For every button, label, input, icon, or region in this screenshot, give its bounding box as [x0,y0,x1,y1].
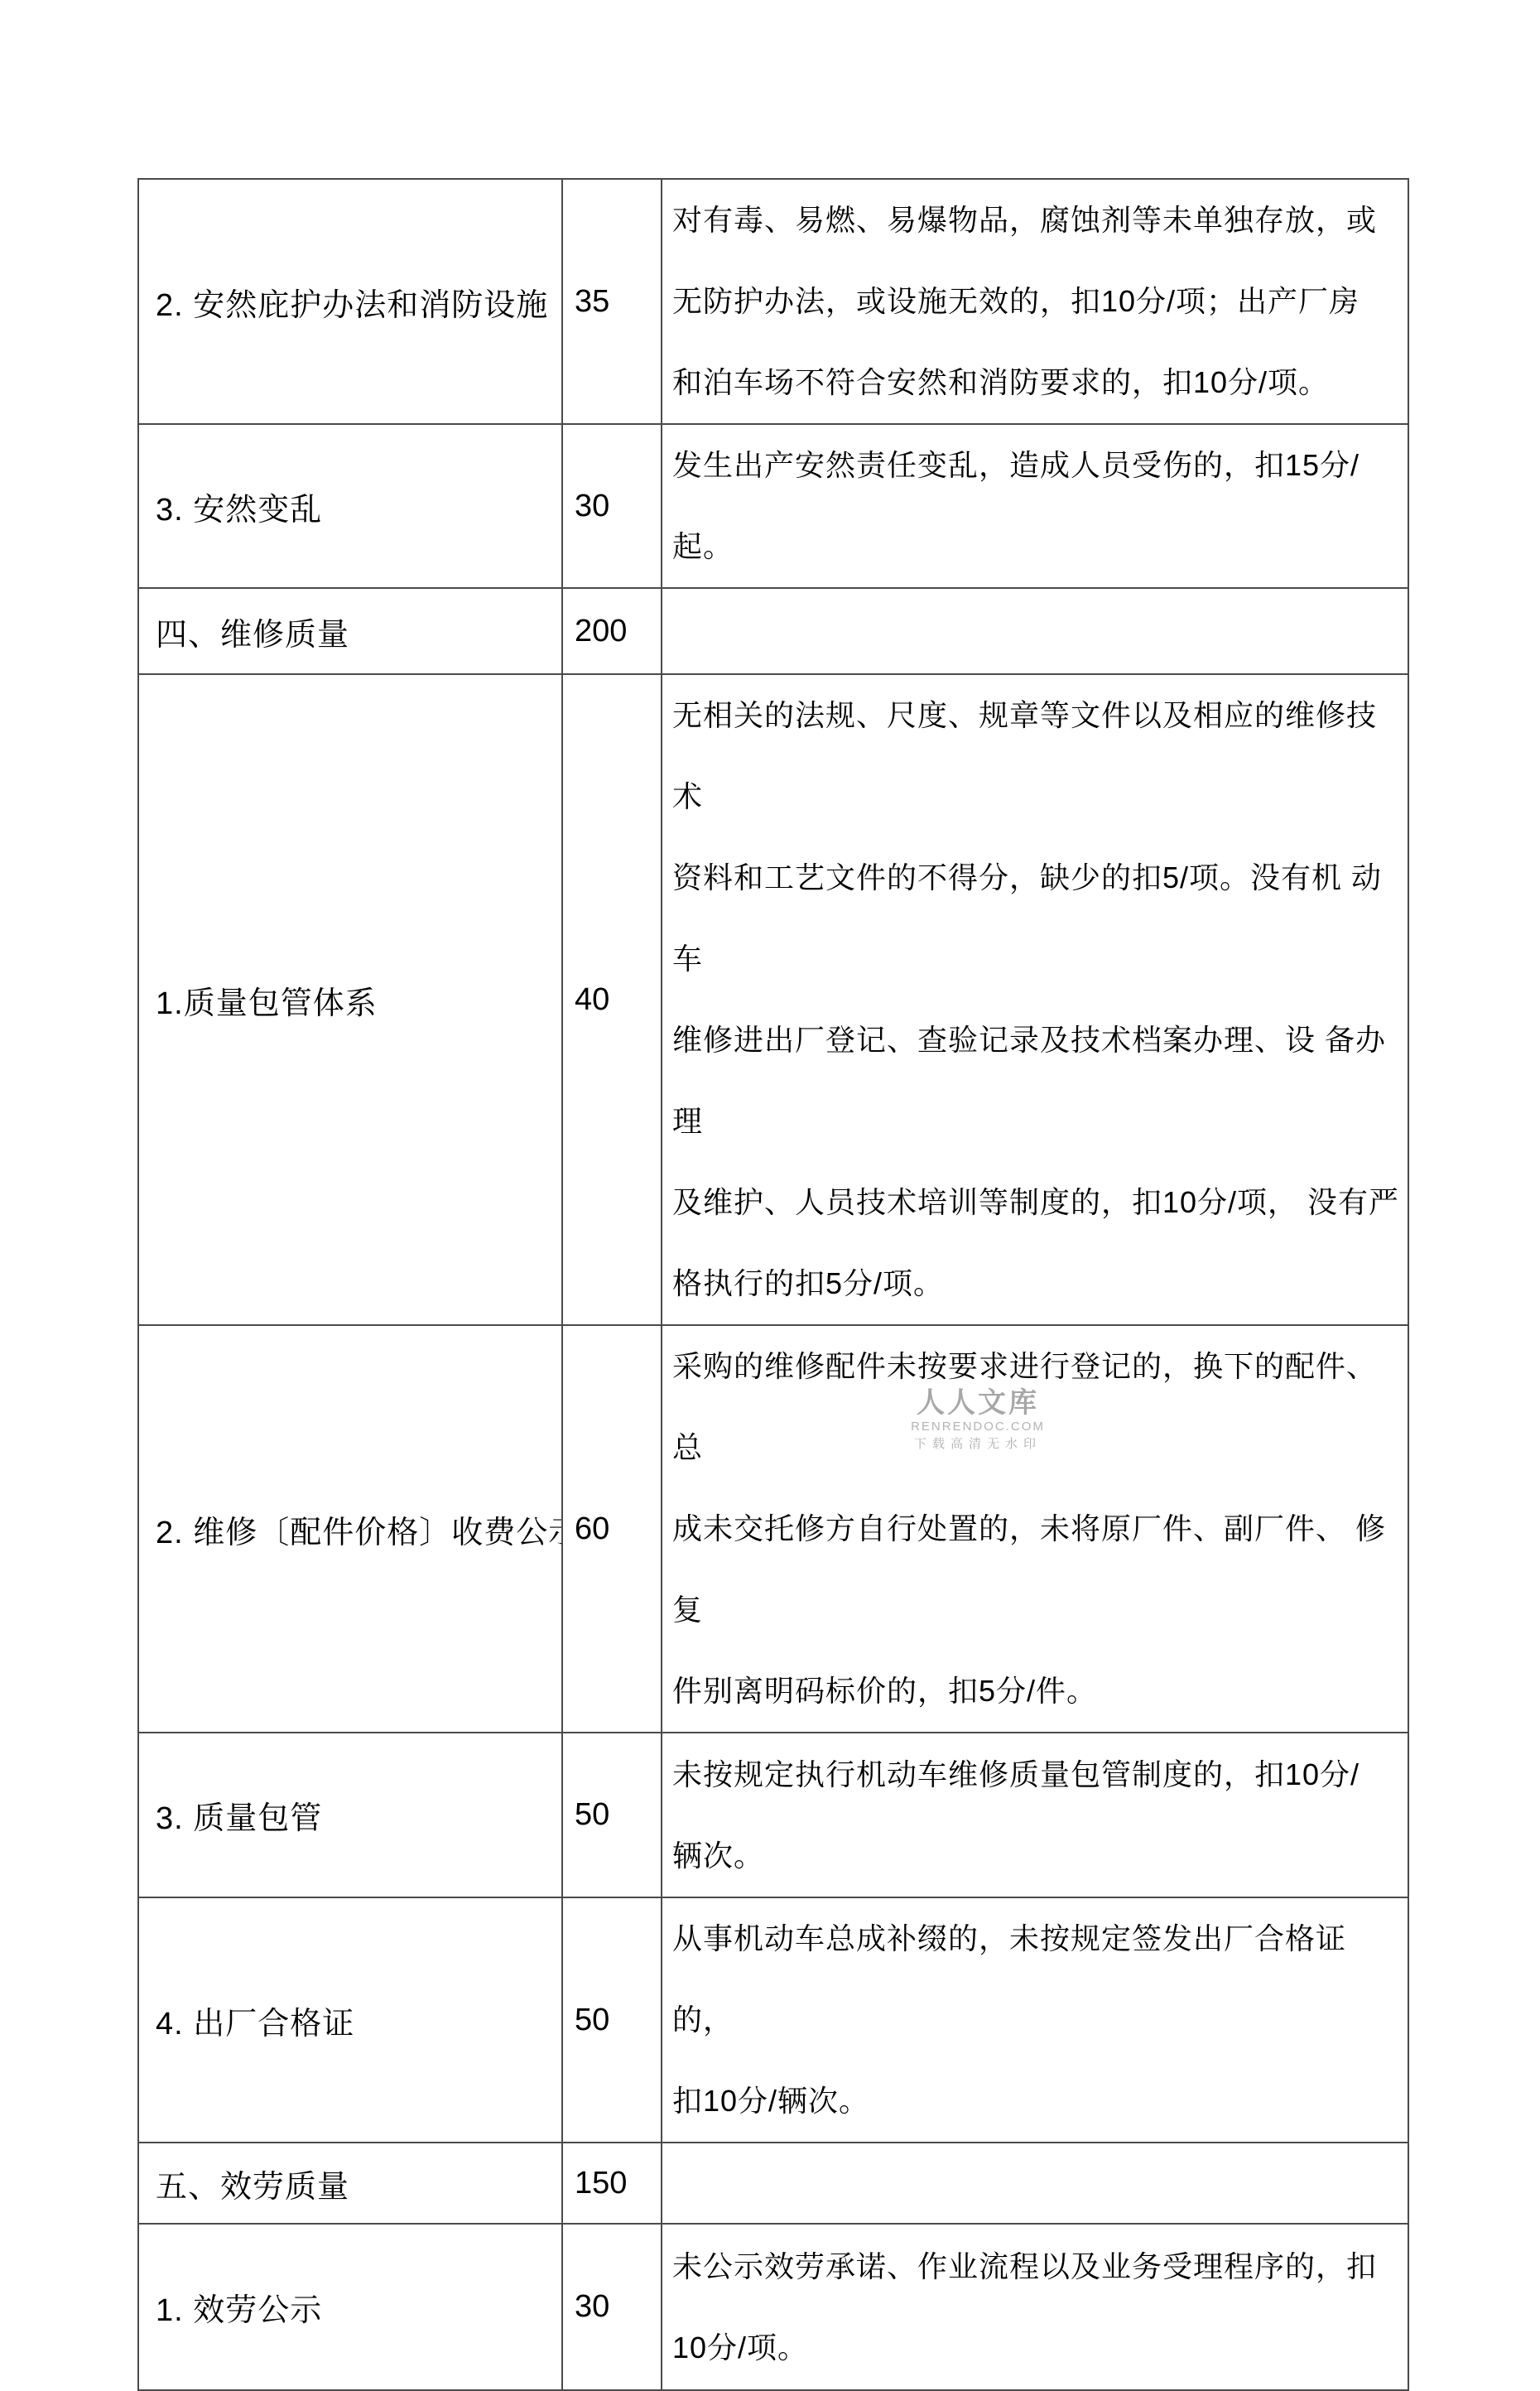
scoring-table: 2. 安然庇护办法和消防设施 35 对有毒、易燃、易爆物品，腐蚀剂等未单独存放，… [137,178,1409,2391]
item-cell: 4. 出厂合格证 [138,1897,562,2143]
table-row: 2. 安然庇护办法和消防设施 35 对有毒、易燃、易爆物品，腐蚀剂等未单独存放，… [138,179,1408,424]
criteria-cell: 采购的维修配件未按要求进行登记的，换下的配件、 总 成未交托修方自行处置的，未将… [662,1325,1408,1733]
score-cell: 40 [562,674,662,1325]
item-cell: 1.质量包管体系 [138,674,562,1325]
score-cell: 150 [562,2143,662,2224]
item-cell: 2. 维修〔配件价格〕收费公示 [138,1325,562,1733]
table-row: 4. 出厂合格证 50 从事机动车总成补缀的，未按规定签发出厂合格证的， 扣10… [138,1897,1408,2143]
document-page: 2. 安然庇护办法和消防设施 35 对有毒、易燃、易爆物品，腐蚀剂等未单独存放，… [0,0,1540,2179]
score-cell: 30 [562,424,662,588]
criteria-cell [662,588,1408,674]
item-cell: 五、效劳质量 [138,2143,562,2224]
score-cell: 35 [562,179,662,424]
criteria-cell: 发生出产安然责任变乱，造成人员受伤的，扣15分/ 起。 [662,424,1408,588]
item-cell: 3. 质量包管 [138,1733,562,1897]
score-cell: 200 [562,588,662,674]
item-cell: 3. 安然变乱 [138,424,562,588]
item-cell: 1. 效劳公示 [138,2224,562,2390]
item-cell: 四、维修质量 [138,588,562,674]
criteria-cell: 对有毒、易燃、易爆物品，腐蚀剂等未单独存放，或 无防护办法，或设施无效的，扣10… [662,179,1408,424]
criteria-cell: 无相关的法规、尺度、规章等文件以及相应的维修技 术 资料和工艺文件的不得分，缺少… [662,674,1408,1325]
score-cell: 50 [562,1733,662,1897]
item-cell: 2. 安然庇护办法和消防设施 [138,179,562,424]
table-row: 五、效劳质量 150 [138,2143,1408,2224]
criteria-cell: 未按规定执行机动车维修质量包管制度的，扣10分/ 辆次。 [662,1733,1408,1897]
criteria-cell [662,2143,1408,2224]
score-cell: 50 [562,1897,662,2143]
table-row: 四、维修质量 200 [138,588,1408,674]
table-row: 1. 效劳公示 30 未公示效劳承诺、作业流程以及业务受理程序的，扣 10分/项… [138,2224,1408,2390]
table-row: 3. 安然变乱 30 发生出产安然责任变乱，造成人员受伤的，扣15分/ 起。 [138,424,1408,588]
table-row: 2. 维修〔配件价格〕收费公示 60 采购的维修配件未按要求进行登记的，换下的配… [138,1325,1408,1733]
criteria-cell: 未公示效劳承诺、作业流程以及业务受理程序的，扣 10分/项。 [662,2224,1408,2390]
table-row: 1.质量包管体系 40 无相关的法规、尺度、规章等文件以及相应的维修技 术 资料… [138,674,1408,1325]
score-cell: 60 [562,1325,662,1733]
table-row: 3. 质量包管 50 未按规定执行机动车维修质量包管制度的，扣10分/ 辆次。 [138,1733,1408,1897]
criteria-cell: 从事机动车总成补缀的，未按规定签发出厂合格证的， 扣10分/辆次。 [662,1897,1408,2143]
score-cell: 30 [562,2224,662,2390]
